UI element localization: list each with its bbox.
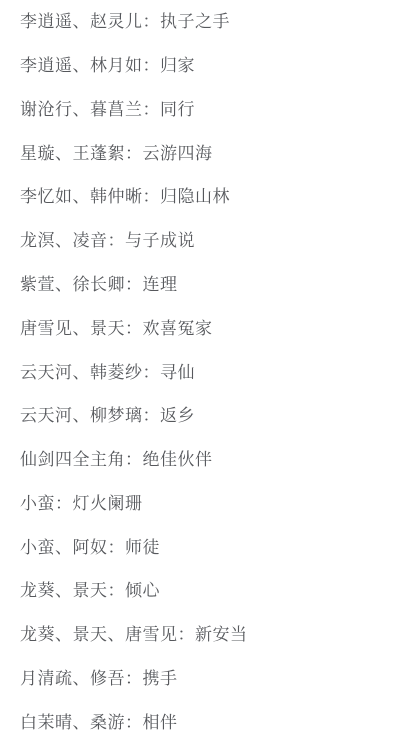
pair-names: 龙溟、凌音 xyxy=(20,232,108,249)
relation-label: 绝佳伙伴 xyxy=(143,451,213,468)
pair-names: 李逍遥、赵灵儿 xyxy=(20,13,143,30)
list-item: 紫萱、徐长卿：连理 xyxy=(0,263,408,307)
relation-label: 归家 xyxy=(160,57,195,74)
colon-separator: ： xyxy=(125,714,143,731)
colon-separator: ： xyxy=(143,13,161,30)
pair-names: 小蛮、阿奴 xyxy=(20,539,108,556)
relation-label: 连理 xyxy=(143,276,178,293)
colon-separator: ： xyxy=(55,495,73,512)
colon-separator: ： xyxy=(108,539,126,556)
pair-names: 唐雪见、景天 xyxy=(20,320,125,337)
colon-separator: ： xyxy=(143,57,161,74)
relation-label: 云游四海 xyxy=(143,145,213,162)
relation-label: 与子成说 xyxy=(125,232,195,249)
list-item: 云天河、柳梦璃：返乡 xyxy=(0,394,408,438)
pair-names: 李忆如、韩仲晰 xyxy=(20,188,143,205)
colon-separator: ： xyxy=(143,101,161,118)
list-item: 谢沧行、暮菖兰：同行 xyxy=(0,88,408,132)
colon-separator: ： xyxy=(143,364,161,381)
relation-label: 师徒 xyxy=(125,539,160,556)
colon-separator: ： xyxy=(108,582,126,599)
colon-separator: ： xyxy=(125,276,143,293)
list-item: 星璇、王蓬絮：云游四海 xyxy=(0,131,408,175)
relation-label: 返乡 xyxy=(160,407,195,424)
pair-names: 星璇、王蓬絮 xyxy=(20,145,125,162)
colon-separator: ： xyxy=(178,626,196,643)
pair-names: 紫萱、徐长卿 xyxy=(20,276,125,293)
colon-separator: ： xyxy=(125,451,143,468)
pair-names: 月清疏、修吾 xyxy=(20,670,125,687)
list-item: 龙溟、凌音：与子成说 xyxy=(0,219,408,263)
list-item: 小蛮：灯火阑珊 xyxy=(0,481,408,525)
pair-names: 谢沧行、暮菖兰 xyxy=(20,101,143,118)
list-item: 白茉晴、桑游：相伴 xyxy=(0,700,408,744)
list-item: 李逍遥、赵灵儿：执子之手 xyxy=(0,0,408,44)
relation-label: 携手 xyxy=(143,670,178,687)
colon-separator: ： xyxy=(125,145,143,162)
pair-names: 仙剑四全主角 xyxy=(20,451,125,468)
colon-separator: ： xyxy=(108,232,126,249)
relation-label: 执子之手 xyxy=(160,13,230,30)
list-item: 龙葵、景天、唐雪见：新安当 xyxy=(0,613,408,657)
list-item: 月清疏、修吾：携手 xyxy=(0,656,408,700)
colon-separator: ： xyxy=(143,407,161,424)
pair-names: 李逍遥、林月如 xyxy=(20,57,143,74)
relation-label: 寻仙 xyxy=(160,364,195,381)
list-item: 云天河、韩菱纱：寻仙 xyxy=(0,350,408,394)
relation-label: 同行 xyxy=(160,101,195,118)
relation-label: 倾心 xyxy=(125,582,160,599)
pair-names: 云天河、柳梦璃 xyxy=(20,407,143,424)
pair-names: 白茉晴、桑游 xyxy=(20,714,125,731)
relation-label: 新安当 xyxy=(195,626,248,643)
list-item: 李忆如、韩仲晰：归隐山林 xyxy=(0,175,408,219)
relation-label: 归隐山林 xyxy=(160,188,230,205)
pair-names: 小蛮 xyxy=(20,495,55,512)
pair-names: 龙葵、景天 xyxy=(20,582,108,599)
list-item: 龙葵、景天：倾心 xyxy=(0,569,408,613)
colon-separator: ： xyxy=(125,670,143,687)
list-item: 唐雪见、景天：欢喜冤家 xyxy=(0,306,408,350)
list-item: 仙剑四全主角：绝佳伙伴 xyxy=(0,438,408,482)
colon-separator: ： xyxy=(125,320,143,337)
list-item: 李逍遥、林月如：归家 xyxy=(0,44,408,88)
pair-names: 云天河、韩菱纱 xyxy=(20,364,143,381)
relationship-list: 李逍遥、赵灵儿：执子之手 李逍遥、林月如：归家 谢沧行、暮菖兰：同行 星璇、王蓬… xyxy=(0,0,408,744)
pair-names: 龙葵、景天、唐雪见 xyxy=(20,626,178,643)
relation-label: 相伴 xyxy=(143,714,178,731)
relation-label: 欢喜冤家 xyxy=(143,320,213,337)
colon-separator: ： xyxy=(143,188,161,205)
relation-label: 灯火阑珊 xyxy=(73,495,143,512)
list-item: 小蛮、阿奴：师徒 xyxy=(0,525,408,569)
